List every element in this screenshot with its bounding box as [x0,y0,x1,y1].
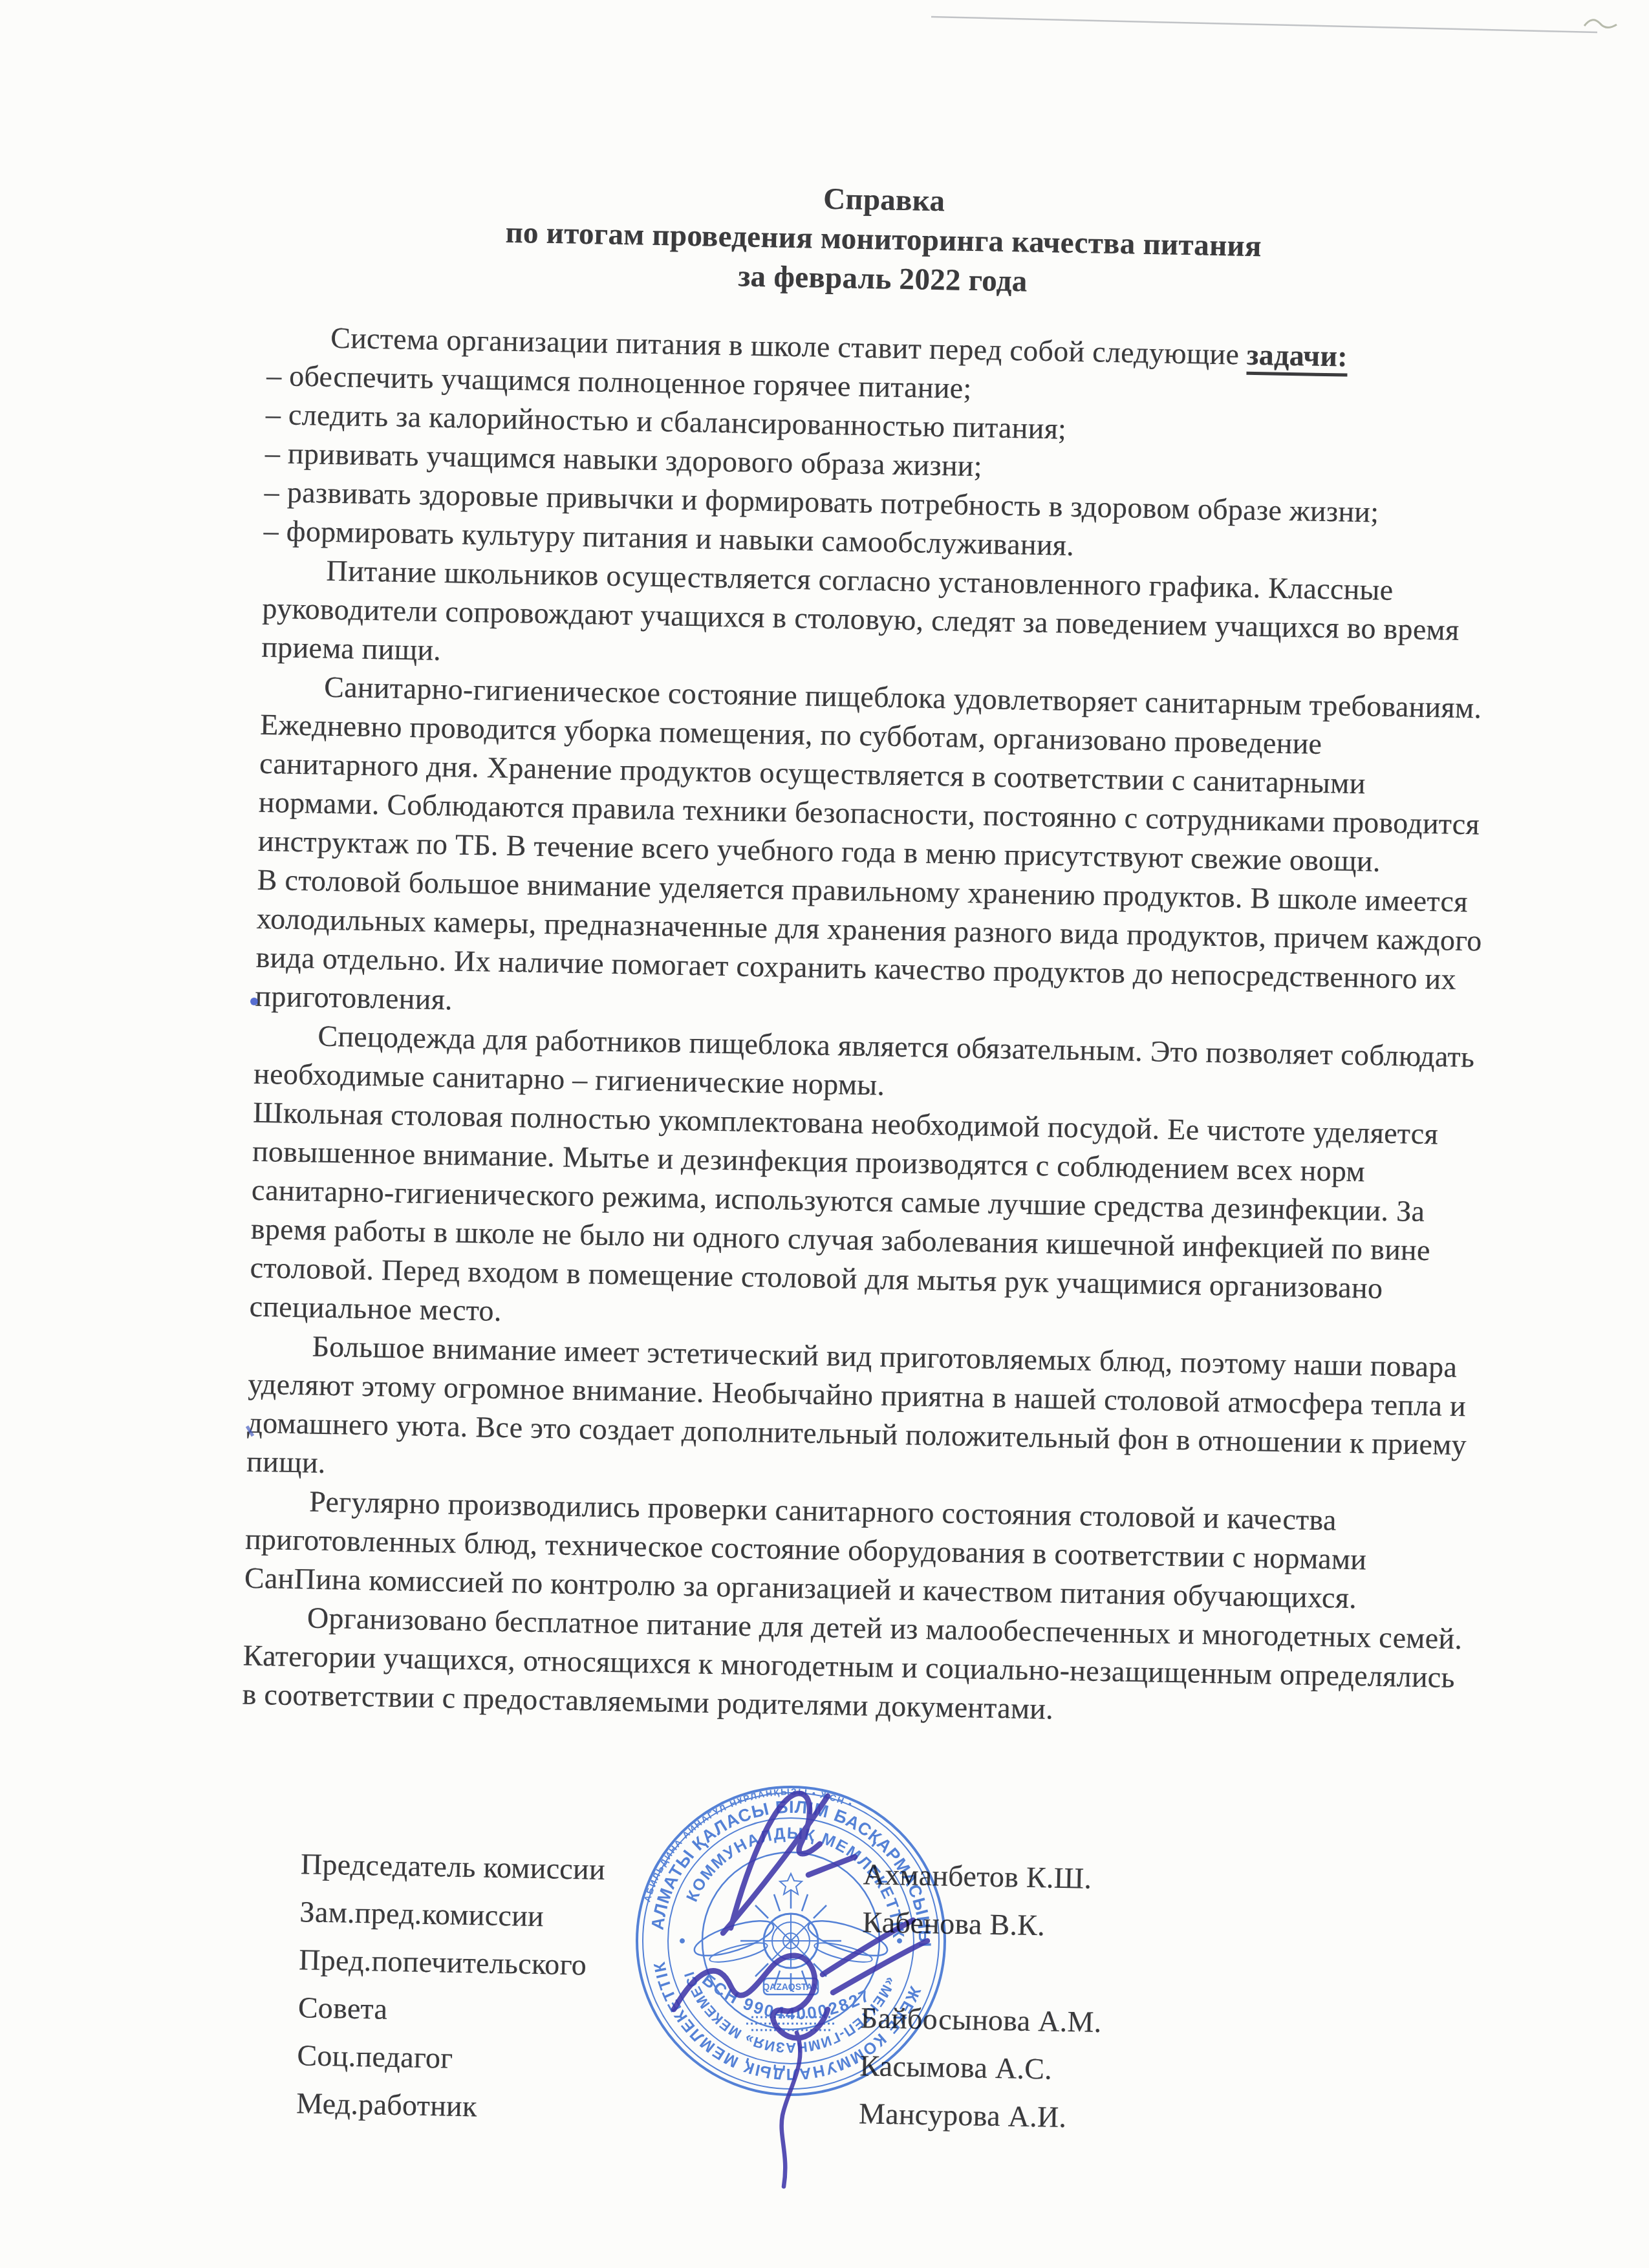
intro-emphasis-tasks: задачи: [1247,338,1348,377]
scanned-document-page: Справка по итогам проведения мониторинга… [0,0,1649,2268]
body-paragraph: Санитарно-гигиеническое состояние пищебл… [257,667,1489,883]
scan-line-artifact [931,17,1597,32]
body-paragraph: Питание школьников осуществляется соглас… [261,550,1492,689]
tasks-list: – обеспечить учащимся полноценное горяче… [263,356,1495,573]
official-stamp: АБИЛЬДИНА АЙНАГҮЛ НҰРЛАНҚЫЗЫ • ЖСН • АЛМ… [614,1759,976,2211]
stamp-ring-texts: АБИЛЬДИНА АЙНАГҮЛ НҰРЛАНҚЫЗЫ • ЖСН • АЛМ… [614,1759,934,2083]
pen-squiggle-artifact [1584,20,1617,28]
body-paragraph: Школьная столовая полностью укомплектова… [249,1093,1482,1349]
body-paragraph: В столовой большое внимание уделяется пр… [255,861,1486,1038]
document-title: Справка по итогам проведения мониторинга… [268,169,1499,310]
body-paragraph: Большое внимание имеет эстетический вид … [246,1326,1478,1504]
body-paragraph: Организовано бесплатное питание для дете… [242,1598,1472,1737]
body-paragraph: Регулярно производились проверки санитар… [244,1481,1475,1620]
